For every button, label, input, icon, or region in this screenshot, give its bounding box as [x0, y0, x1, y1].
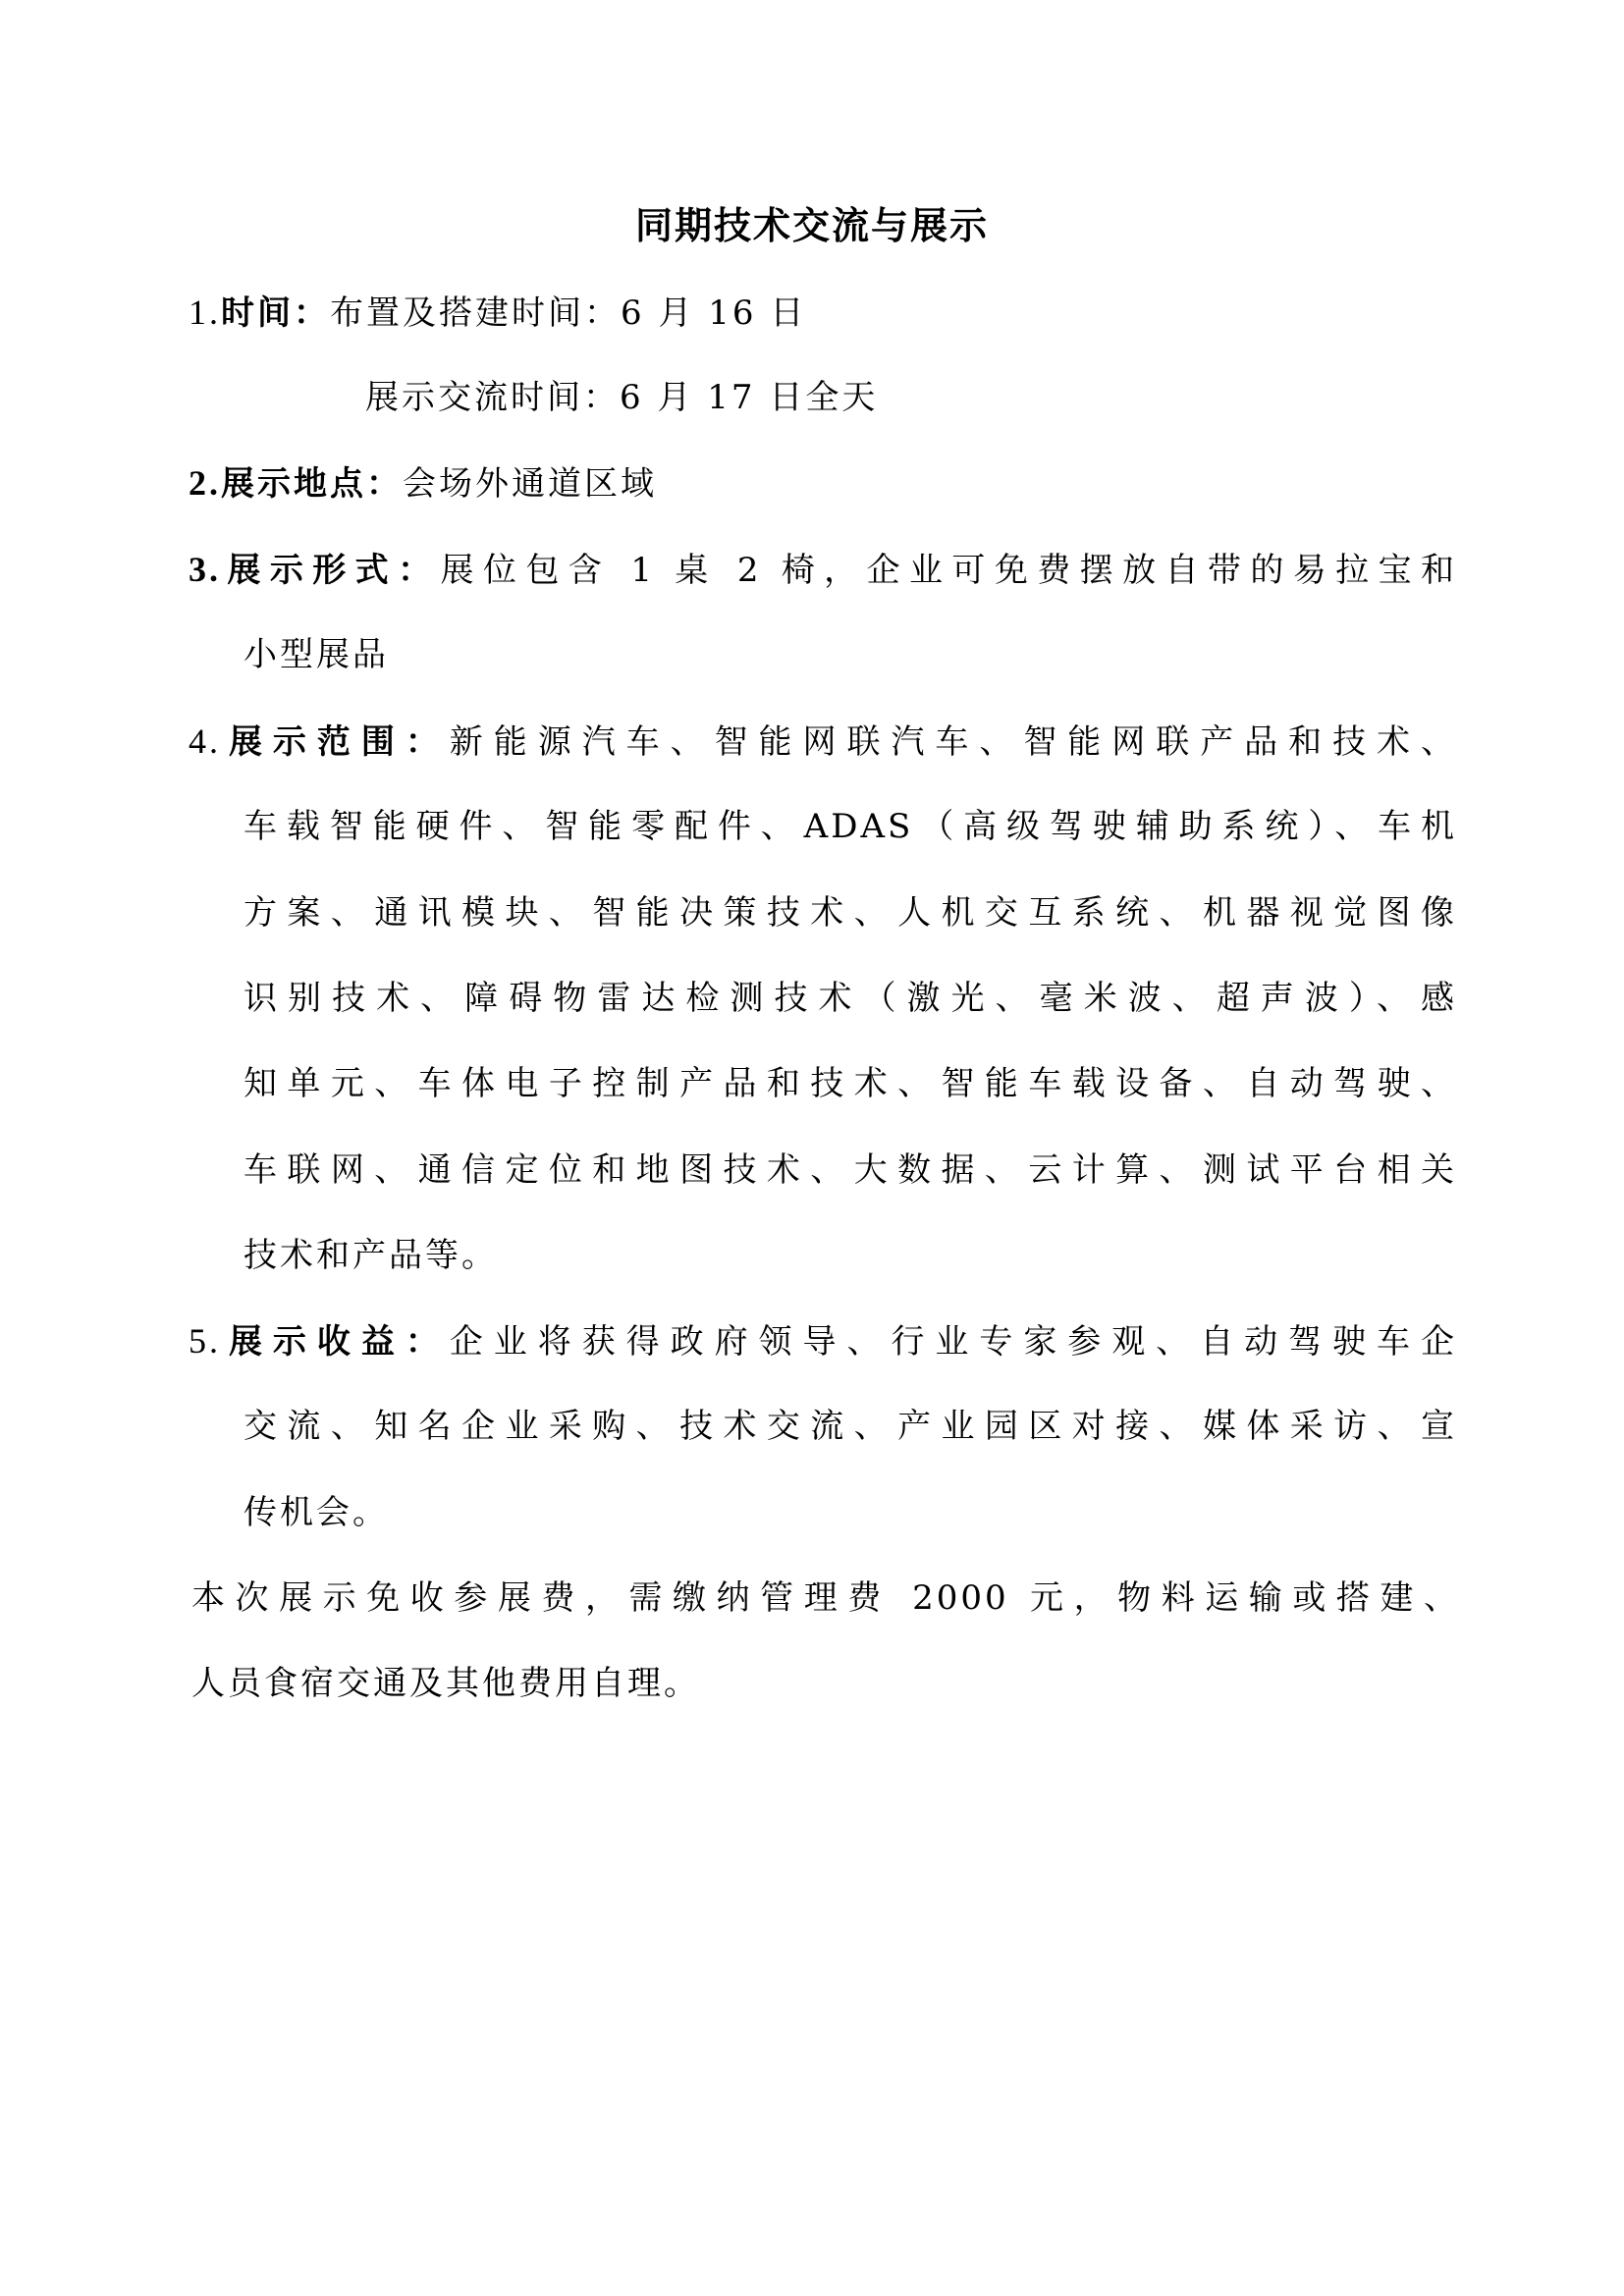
item-scope-continuation: 技术和产品等。 — [244, 1231, 498, 1280]
item-number: 3. — [189, 550, 221, 589]
item-text: 展位包含 1 桌 2 椅，企业可免费摆放自带的易拉宝和 — [441, 551, 1458, 590]
item-format-continuation: 小型展品 — [244, 630, 389, 679]
item-label: 展示地点： — [221, 464, 403, 504]
item-text: 新能源汽车、智能网联汽车、智能网联产品和技术、 — [450, 722, 1457, 762]
item-number: 2. — [189, 463, 221, 503]
item-scope-continuation: 车载智能硬件、智能零配件、ADAS（高级驾驶辅助系统）、车机 — [244, 802, 1457, 851]
item-label: 展示形式： — [221, 551, 441, 590]
item-number: 5. — [189, 1321, 221, 1361]
item-location: 2.展示地点：会场外通道区域 — [189, 458, 657, 508]
item-number: 1. — [189, 293, 221, 332]
item-scope: 4.展示范围：新能源汽车、智能网联汽车、智能网联产品和技术、 — [189, 717, 1457, 767]
fee-note: 本次展示免收参展费，需缴纳管理费 2000 元，物料运输或搭建、 — [191, 1574, 1460, 1623]
item-scope-continuation: 识别技术、障碍物雷达检测技术（激光、毫米波、超声波）、感 — [244, 974, 1457, 1023]
item-scope-continuation: 车联网、通信定位和地图技术、大数据、云计算、测试平台相关 — [244, 1146, 1457, 1195]
item-scope-continuation: 知单元、车体电子控制产品和技术、智能车载设备、自动驾驶、 — [244, 1059, 1457, 1108]
item-text: 会场外通道区域 — [403, 464, 657, 504]
item-text: 企业将获得政府领导、行业专家参观、自动驾驶车企 — [450, 1322, 1457, 1362]
item-label: 展示收益： — [221, 1322, 450, 1362]
item-format: 3.展示形式：展位包含 1 桌 2 椅，企业可免费摆放自带的易拉宝和 — [189, 545, 1457, 595]
item-time-continuation: 展示交流时间：6 月 17 日全天 — [365, 373, 878, 422]
page-title: 同期技术交流与展示 — [0, 201, 1624, 250]
item-label: 展示范围： — [221, 722, 450, 762]
item-number: 4. — [189, 721, 221, 761]
item-label: 时间： — [221, 294, 330, 333]
fee-note-continuation: 人员食宿交通及其他费用自理。 — [191, 1659, 700, 1708]
item-benefits-continuation: 交流、知名企业采购、技术交流、产业园区对接、媒体采访、宣 — [244, 1402, 1457, 1451]
item-time: 1.时间：布置及搭建时间：6 月 16 日 — [189, 288, 806, 338]
item-text: 布置及搭建时间：6 月 16 日 — [330, 294, 806, 333]
item-benefits-continuation: 传机会。 — [244, 1488, 389, 1537]
item-benefits: 5.展示收益：企业将获得政府领导、行业专家参观、自动驾驶车企 — [189, 1316, 1457, 1366]
item-scope-continuation: 方案、通讯模块、智能决策技术、人机交互系统、机器视觉图像 — [244, 888, 1457, 937]
